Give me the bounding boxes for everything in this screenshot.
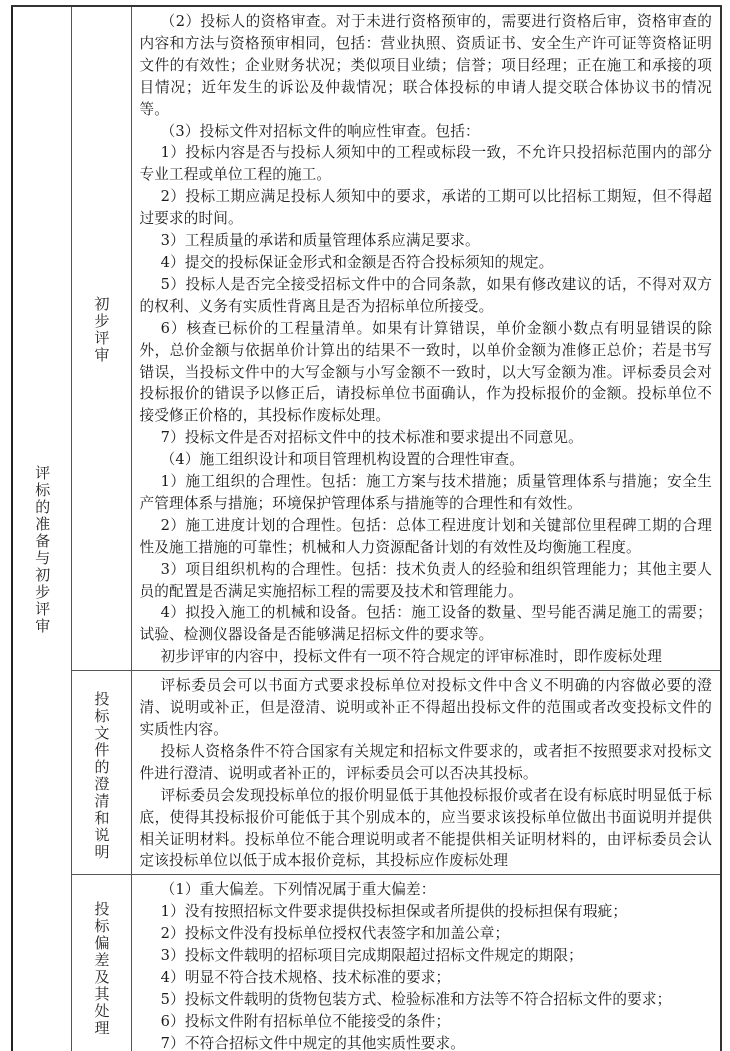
paragraph: 4）提交的投标保证金形式和金额是否符合投标须知的规定。 [140, 252, 713, 274]
paragraph: 3）投标文件载明的招标项目完成期限超过招标文件规定的期限； [140, 945, 713, 967]
paragraph: 5）投标人是否完全接受招标文件中的合同条款，如果有修改建议的话，不得对双方的权利… [140, 274, 713, 318]
paragraph: 2）投标文件没有投标单位授权代表签字和加盖公章； [140, 923, 713, 945]
paragraph: 1）投标内容是否与投标人须知中的工程或标段一致，不允许只投招标范围内的部分专业工… [140, 142, 713, 186]
table-row-preliminary-review: 评标的准备与初步评审 初步评审 （2）投标人的资格审查。对于未进行资格预审的，需… [12, 6, 721, 671]
main-category-cell: 评标的准备与初步评审 [12, 6, 71, 1051]
paragraph: 3）工程质量的承诺和质量管理体系应满足要求。 [140, 230, 713, 252]
paragraph: 6）核查已标价的工程量清单。如果有计算错误，单价金额小数点有明显错误的除外，总价… [140, 318, 713, 428]
section-label-clarification: 投标文件的澄清和说明 [94, 691, 109, 861]
section-content-preliminary-review: （2）投标人的资格审查。对于未进行资格预审的，需要进行资格后审，资格审查的内容和… [131, 6, 721, 671]
paragraph: 评标委员会发现投标单位的报价明显低于其他投标报价或者在设有标底时明显低于标底，使… [140, 785, 713, 873]
paragraph: 3）项目组织机构的合理性。包括：技术负责人的经验和组织管理能力；其他主要人员的配… [140, 559, 713, 603]
paragraph: （2）投标人的资格审查。对于未进行资格预审的，需要进行资格后审，资格审查的内容和… [140, 11, 713, 121]
section-content-clarification: 评标委员会可以书面方式要求投标单位对投标文件中含义不明确的内容做必要的澄清、说明… [131, 671, 721, 875]
section-label-cell: 初步评审 [71, 6, 131, 671]
table-row-deviation: 投标偏差及其处理 （1）重大偏差。下列情况属于重大偏差： 1）没有按照招标文件要… [12, 875, 721, 1051]
evaluation-table: 评标的准备与初步评审 初步评审 （2）投标人的资格审查。对于未进行资格预审的，需… [11, 5, 722, 1051]
paragraph: 2）施工进度计划的合理性。包括：总体工程进度计划和关键部位里程碑工期的合理性及施… [140, 515, 713, 559]
paragraph: 7）投标文件是否对招标文件中的技术标准和要求提出不同意见。 [140, 427, 713, 449]
section-label-cell: 投标偏差及其处理 [71, 875, 131, 1051]
paragraph: 4）拟投入施工的机械和设备。包括：施工设备的数量、型号能否满足施工的需要；试验、… [140, 602, 713, 646]
paragraph: 初步评审的内容中，投标文件有一项不符合规定的评审标准时，即作废标处理 [140, 646, 713, 668]
paragraph: 1）施工组织的合理性。包括：施工方案与技术措施；质量管理体系与措施；安全生产管理… [140, 471, 713, 515]
paragraph: 6）投标文件附有招标单位不能接受的条件； [140, 1011, 713, 1033]
paragraph: 2）投标工期应满足投标人须知中的要求，承诺的工期可以比招标工期短，但不得超过要求… [140, 186, 713, 230]
section-label-cell: 投标文件的澄清和说明 [71, 671, 131, 875]
paragraph: 5）投标文件载明的货物包装方式、检验标准和方法等不符合招标文件的要求； [140, 989, 713, 1011]
paragraph: （3）投标文件对招标文件的响应性审查。包括： [140, 121, 713, 143]
section-label-preliminary-review: 初步评审 [94, 296, 109, 364]
section-label-deviation: 投标偏差及其处理 [94, 901, 109, 1037]
paragraph: 4）明显不符合技术规格、技术标准的要求； [140, 967, 713, 989]
paragraph: （4）施工组织设计和项目管理机构设置的合理性审查。 [140, 449, 713, 471]
paragraph: 1）没有按照招标文件要求提供投标担保或者所提供的投标担保有瑕疵； [140, 901, 713, 923]
paragraph: 7）不符合招标文件中规定的其他实质性要求。 [140, 1033, 713, 1051]
section-content-deviation: （1）重大偏差。下列情况属于重大偏差： 1）没有按照招标文件要求提供投标担保或者… [131, 875, 721, 1051]
paragraph: 投标人资格条件不符合国家有关规定和招标文件要求的，或者拒不按照要求对投标文件进行… [140, 741, 713, 785]
paragraph: （1）重大偏差。下列情况属于重大偏差： [140, 879, 713, 901]
table-row-clarification: 投标文件的澄清和说明 评标委员会可以书面方式要求投标单位对投标文件中含义不明确的… [12, 671, 721, 875]
paragraph: 评标委员会可以书面方式要求投标单位对投标文件中含义不明确的内容做必要的澄清、说明… [140, 675, 713, 741]
main-category-label: 评标的准备与初步评审 [34, 465, 49, 635]
